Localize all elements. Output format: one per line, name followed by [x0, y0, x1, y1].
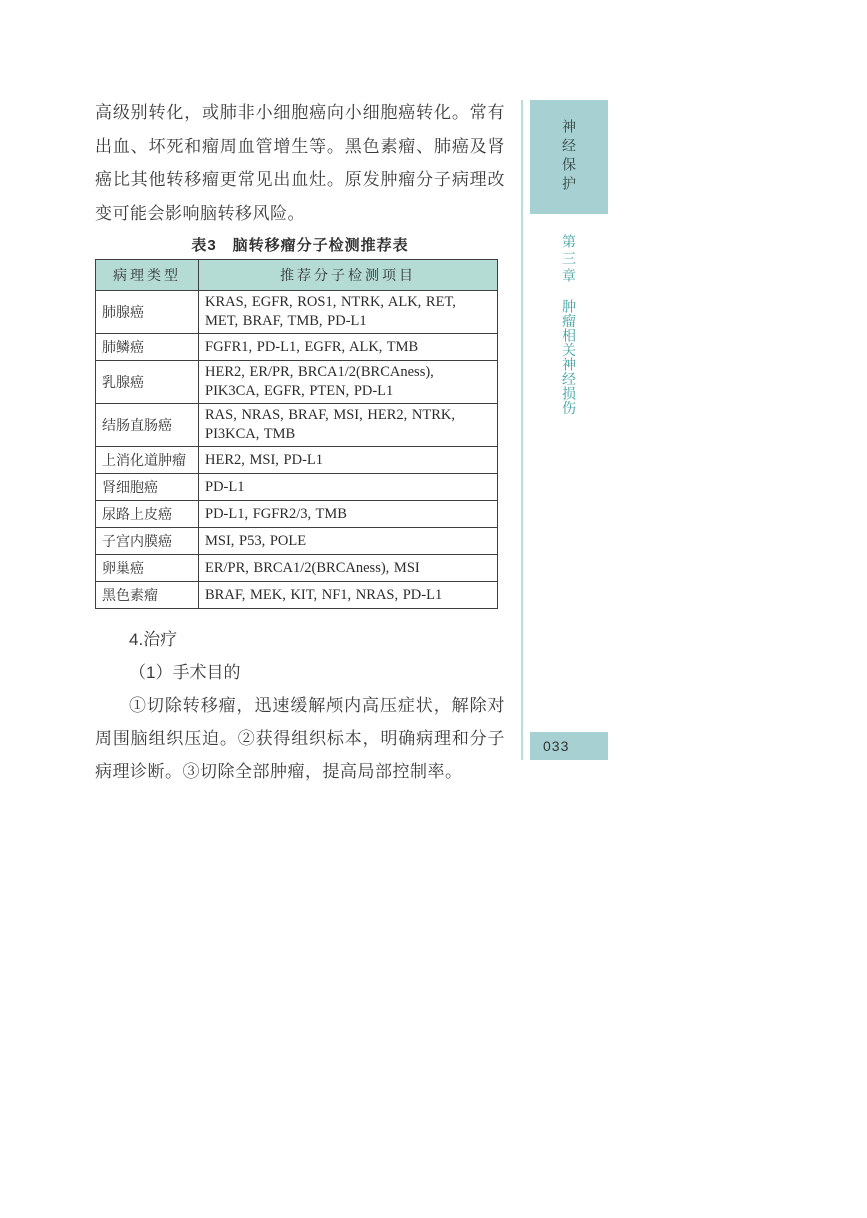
- table-row: 上消化道肿瘤 HER2, MSI, PD-L1: [96, 447, 498, 474]
- table-row: 肺腺癌 KRAS, EGFR, ROS1, NTRK, ALK, RET, ME…: [96, 291, 498, 334]
- pathology-cell: 肺腺癌: [96, 291, 199, 334]
- intro-paragraph: 高级别转化，或肺非小细胞癌向小细胞癌转化。常有出血、坏死和瘤周血管增生等。黑色素…: [95, 96, 505, 230]
- pathology-cell: 上消化道肿瘤: [96, 447, 199, 474]
- molecular-testing-table: 病理类型 推荐分子检测项目 肺腺癌 KRAS, EGFR, ROS1, NTRK…: [95, 259, 498, 609]
- tests-cell: HER2, MSI, PD-L1: [199, 447, 498, 474]
- chapter-title-wrap: 肿瘤相关神经损伤: [530, 299, 608, 415]
- chapter-number: 第三章: [559, 234, 579, 285]
- pathology-cell: 尿路上皮癌: [96, 501, 199, 528]
- table-row: 尿路上皮癌 PD-L1, FGFR2/3, TMB: [96, 501, 498, 528]
- pathology-cell: 结肠直肠癌: [96, 404, 199, 447]
- page-number: 033: [543, 738, 569, 754]
- page-content: 高级别转化，或肺非小细胞癌向小细胞癌转化。常有出血、坏死和瘤周血管增生等。黑色素…: [95, 96, 505, 788]
- sidebar-accent-line: [521, 100, 523, 760]
- pathology-cell: 乳腺癌: [96, 361, 199, 404]
- table-row: 卵巢癌 ER/PR, BRCA1/2(BRCAness), MSI: [96, 555, 498, 582]
- page-number-box: 033: [530, 732, 608, 760]
- table-header-row: 病理类型 推荐分子检测项目: [96, 260, 498, 291]
- pathology-cell: 子宫内膜癌: [96, 528, 199, 555]
- tests-cell: MSI, P53, POLE: [199, 528, 498, 555]
- table-row: 乳腺癌 HER2, ER/PR, BRCA1/2(BRCAness), PIK3…: [96, 361, 498, 404]
- treatment-heading: 4.治疗: [95, 623, 505, 656]
- book-title: 神经保护: [559, 119, 579, 195]
- tests-cell: HER2, ER/PR, BRCA1/2(BRCAness), PIK3CA, …: [199, 361, 498, 404]
- table-row: 黑色素瘤 BRAF, MEK, KIT, NF1, NRAS, PD-L1: [96, 582, 498, 609]
- table-row: 肺鳞癌 FGFR1, PD-L1, EGFR, ALK, TMB: [96, 334, 498, 361]
- tests-cell: FGFR1, PD-L1, EGFR, ALK, TMB: [199, 334, 498, 361]
- tests-cell: PD-L1, FGFR2/3, TMB: [199, 501, 498, 528]
- chapter-title: 肿瘤相关神经损伤: [559, 299, 579, 415]
- header-recommended-tests: 推荐分子检测项目: [199, 260, 498, 291]
- header-pathology-type: 病理类型: [96, 260, 199, 291]
- book-title-box: 神经保护: [530, 100, 608, 214]
- tests-cell: ER/PR, BRCA1/2(BRCAness), MSI: [199, 555, 498, 582]
- tests-cell: BRAF, MEK, KIT, NF1, NRAS, PD-L1: [199, 582, 498, 609]
- surgery-purpose-paragraph: ①切除转移瘤，迅速缓解颅内高压症状，解除对周围脑组织压迫。②获得组织标本，明确病…: [95, 689, 505, 788]
- pathology-cell: 肾细胞癌: [96, 474, 199, 501]
- tests-cell: RAS, NRAS, BRAF, MSI, HER2, NTRK, PI3KCA…: [199, 404, 498, 447]
- table-row: 子宫内膜癌 MSI, P53, POLE: [96, 528, 498, 555]
- pathology-cell: 卵巢癌: [96, 555, 199, 582]
- table-row: 肾细胞癌 PD-L1: [96, 474, 498, 501]
- pathology-cell: 肺鳞癌: [96, 334, 199, 361]
- chapter-number-wrap: 第三章: [530, 234, 608, 285]
- tests-cell: KRAS, EGFR, ROS1, NTRK, ALK, RET, MET, B…: [199, 291, 498, 334]
- surgery-purpose-heading: （1）手术目的: [95, 656, 505, 689]
- table-row: 结肠直肠癌 RAS, NRAS, BRAF, MSI, HER2, NTRK, …: [96, 404, 498, 447]
- pathology-cell: 黑色素瘤: [96, 582, 199, 609]
- table-title: 表3 脑转移瘤分子检测推荐表: [95, 234, 505, 258]
- tests-cell: PD-L1: [199, 474, 498, 501]
